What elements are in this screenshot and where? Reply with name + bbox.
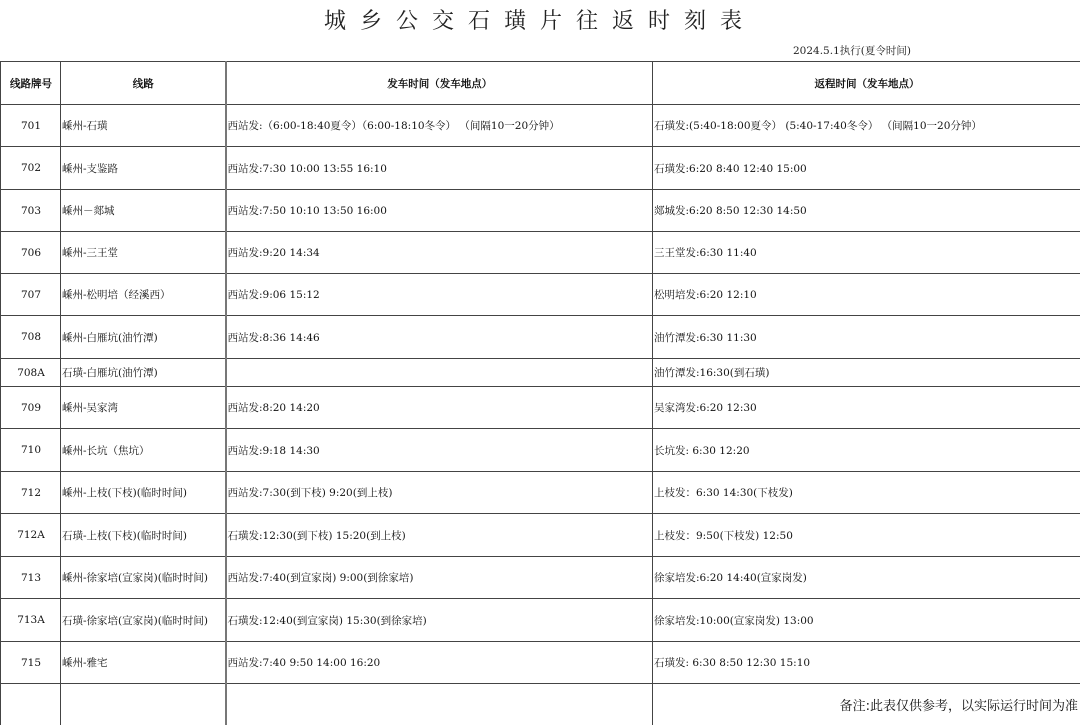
table-row: 708 嵊州-白雁坑(油竹潭) 西站发:8:36 14:46 油竹潭发:6:30… (1, 316, 1080, 359)
departure-times: 西站发:8:36 14:46 (226, 316, 653, 359)
departure-times: 石璜发:12:30(到下枝) 15:20(到上枝) (226, 514, 653, 557)
departure-times: 西站发:7:40 9:50 14:00 16:20 (226, 642, 653, 684)
route-name: 石璜-徐家培(宣家岗)(临时时间) (61, 599, 226, 642)
route-number: 712A (1, 514, 61, 557)
departure-times: 西站发:9:20 14:34 (226, 232, 653, 274)
departure-times: 石璜发:12:40(到宣家岗) 15:30(到徐家培) (226, 599, 653, 642)
route-number: 701 (1, 105, 61, 147)
table-row: 713 嵊州-徐家培(宣家岗)(临时时间) 西站发:7:40(到宣家岗) 9:0… (1, 557, 1080, 599)
return-times: 郯城发:6:20 8:50 12:30 14:50 (653, 190, 1080, 232)
route-name: 嵊州-松明培（经溪西） (61, 274, 226, 316)
header-return: 返程时间（发车地点） (653, 62, 1080, 105)
header-row: 线路牌号 线路 发车时间（发车地点） 返程时间（发车地点） (1, 62, 1080, 105)
return-times: 长坑发: 6:30 12:20 (653, 429, 1080, 472)
route-number: 706 (1, 232, 61, 274)
table-row: 712A 石璜-上枝(下枝)(临时时间) 石璜发:12:30(到下枝) 15:2… (1, 514, 1080, 557)
route-number: 709 (1, 387, 61, 429)
return-times: 油竹潭发:16:30(到石璜) (653, 359, 1080, 387)
route-number: 710 (1, 429, 61, 472)
departure-times: 西站发:（6:00-18:40夏令）（6:00-18:10冬令） （间隔10一2… (226, 105, 653, 147)
route-name: 嵊州-雅宅 (61, 642, 226, 684)
route-name: 嵊州－郯城 (61, 190, 226, 232)
note-row: 备注:此表仅供参考，以实际运行时间为准 (1, 684, 1080, 725)
table-row: 702 嵊州-支鉴路 西站发:7:30 10:00 13:55 16:10 石璜… (1, 147, 1080, 190)
route-name: 嵊州-徐家培(宣家岗)(临时时间) (61, 557, 226, 599)
route-number: 708 (1, 316, 61, 359)
route-name: 嵊州-吴家湾 (61, 387, 226, 429)
departure-times (226, 359, 653, 387)
footnote: 备注:此表仅供参考，以实际运行时间为准 (653, 684, 1080, 725)
return-times: 上枝发：9:50(下枝发) 12:50 (653, 514, 1080, 557)
table-row: 707 嵊州-松明培（经溪西） 西站发:9:06 15:12 松明培发:6:20… (1, 274, 1080, 316)
table-row: 715 嵊州-雅宅 西站发:7:40 9:50 14:00 16:20 石璜发:… (1, 642, 1080, 684)
effective-date: 2024.5.1执行(夏令时间) (793, 43, 911, 58)
page-title: 城乡公交石璜片往返时刻表 (0, 4, 1080, 35)
route-name: 嵊州-石璜 (61, 105, 226, 147)
route-number: 715 (1, 642, 61, 684)
table-row: 708A 石璜-白雁坑(油竹潭) 油竹潭发:16:30(到石璜) (1, 359, 1080, 387)
departure-times: 西站发:8:20 14:20 (226, 387, 653, 429)
route-number: 703 (1, 190, 61, 232)
table-row: 712 嵊州-上枝(下枝)(临时时间) 西站发:7:30(到下枝) 9:20(到… (1, 472, 1080, 514)
departure-times: 西站发:7:40(到宣家岗) 9:00(到徐家培) (226, 557, 653, 599)
departure-times: 西站发:9:06 15:12 (226, 274, 653, 316)
route-number: 707 (1, 274, 61, 316)
route-number: 708A (1, 359, 61, 387)
timetable: 线路牌号 线路 发车时间（发车地点） 返程时间（发车地点） 701 嵊州-石璜 … (0, 61, 1080, 725)
departure-times: 西站发:7:30 10:00 13:55 16:10 (226, 147, 653, 190)
route-name: 石璜-上枝(下枝)(临时时间) (61, 514, 226, 557)
empty-cell (1, 684, 61, 725)
header-departure: 发车时间（发车地点） (226, 62, 653, 105)
table-row: 709 嵊州-吴家湾 西站发:8:20 14:20 吴家湾发:6:20 12:3… (1, 387, 1080, 429)
route-name: 嵊州-三王堂 (61, 232, 226, 274)
return-times: 徐家培发:6:20 14:40(宣家岗发) (653, 557, 1080, 599)
departure-times: 西站发:7:30(到下枝) 9:20(到上枝) (226, 472, 653, 514)
header-route: 线路 (61, 62, 226, 105)
header-route-no: 线路牌号 (1, 62, 61, 105)
route-name: 嵊州-长坑（焦坑） (61, 429, 226, 472)
return-times: 上枝发：6:30 14:30(下枝发) (653, 472, 1080, 514)
table-row: 713A 石璜-徐家培(宣家岗)(临时时间) 石璜发:12:40(到宣家岗) 1… (1, 599, 1080, 642)
departure-times: 西站发:9:18 14:30 (226, 429, 653, 472)
route-name: 石璜-白雁坑(油竹潭) (61, 359, 226, 387)
route-name: 嵊州-白雁坑(油竹潭) (61, 316, 226, 359)
return-times: 三王堂发:6:30 11:40 (653, 232, 1080, 274)
return-times: 石璜发: 6:30 8:50 12:30 15:10 (653, 642, 1080, 684)
return-times: 吴家湾发:6:20 12:30 (653, 387, 1080, 429)
route-name: 嵊州-支鉴路 (61, 147, 226, 190)
route-number: 713 (1, 557, 61, 599)
return-times: 徐家培发:10:00(宣家岗发) 13:00 (653, 599, 1080, 642)
table-row: 703 嵊州－郯城 西站发:7:50 10:10 13:50 16:00 郯城发… (1, 190, 1080, 232)
return-times: 石璜发:6:20 8:40 12:40 15:00 (653, 147, 1080, 190)
empty-cell (61, 684, 226, 725)
route-number: 712 (1, 472, 61, 514)
table-row: 706 嵊州-三王堂 西站发:9:20 14:34 三王堂发:6:30 11:4… (1, 232, 1080, 274)
empty-cell (226, 684, 653, 725)
return-times: 石璜发:(5:40-18:00夏令） (5:40-17:40冬令） （间隔10一… (653, 105, 1080, 147)
route-number: 713A (1, 599, 61, 642)
route-number: 702 (1, 147, 61, 190)
route-name: 嵊州-上枝(下枝)(临时时间) (61, 472, 226, 514)
table-row: 710 嵊州-长坑（焦坑） 西站发:9:18 14:30 长坑发: 6:30 1… (1, 429, 1080, 472)
return-times: 油竹潭发:6:30 11:30 (653, 316, 1080, 359)
return-times: 松明培发:6:20 12:10 (653, 274, 1080, 316)
table-row: 701 嵊州-石璜 西站发:（6:00-18:40夏令）（6:00-18:10冬… (1, 105, 1080, 147)
departure-times: 西站发:7:50 10:10 13:50 16:00 (226, 190, 653, 232)
